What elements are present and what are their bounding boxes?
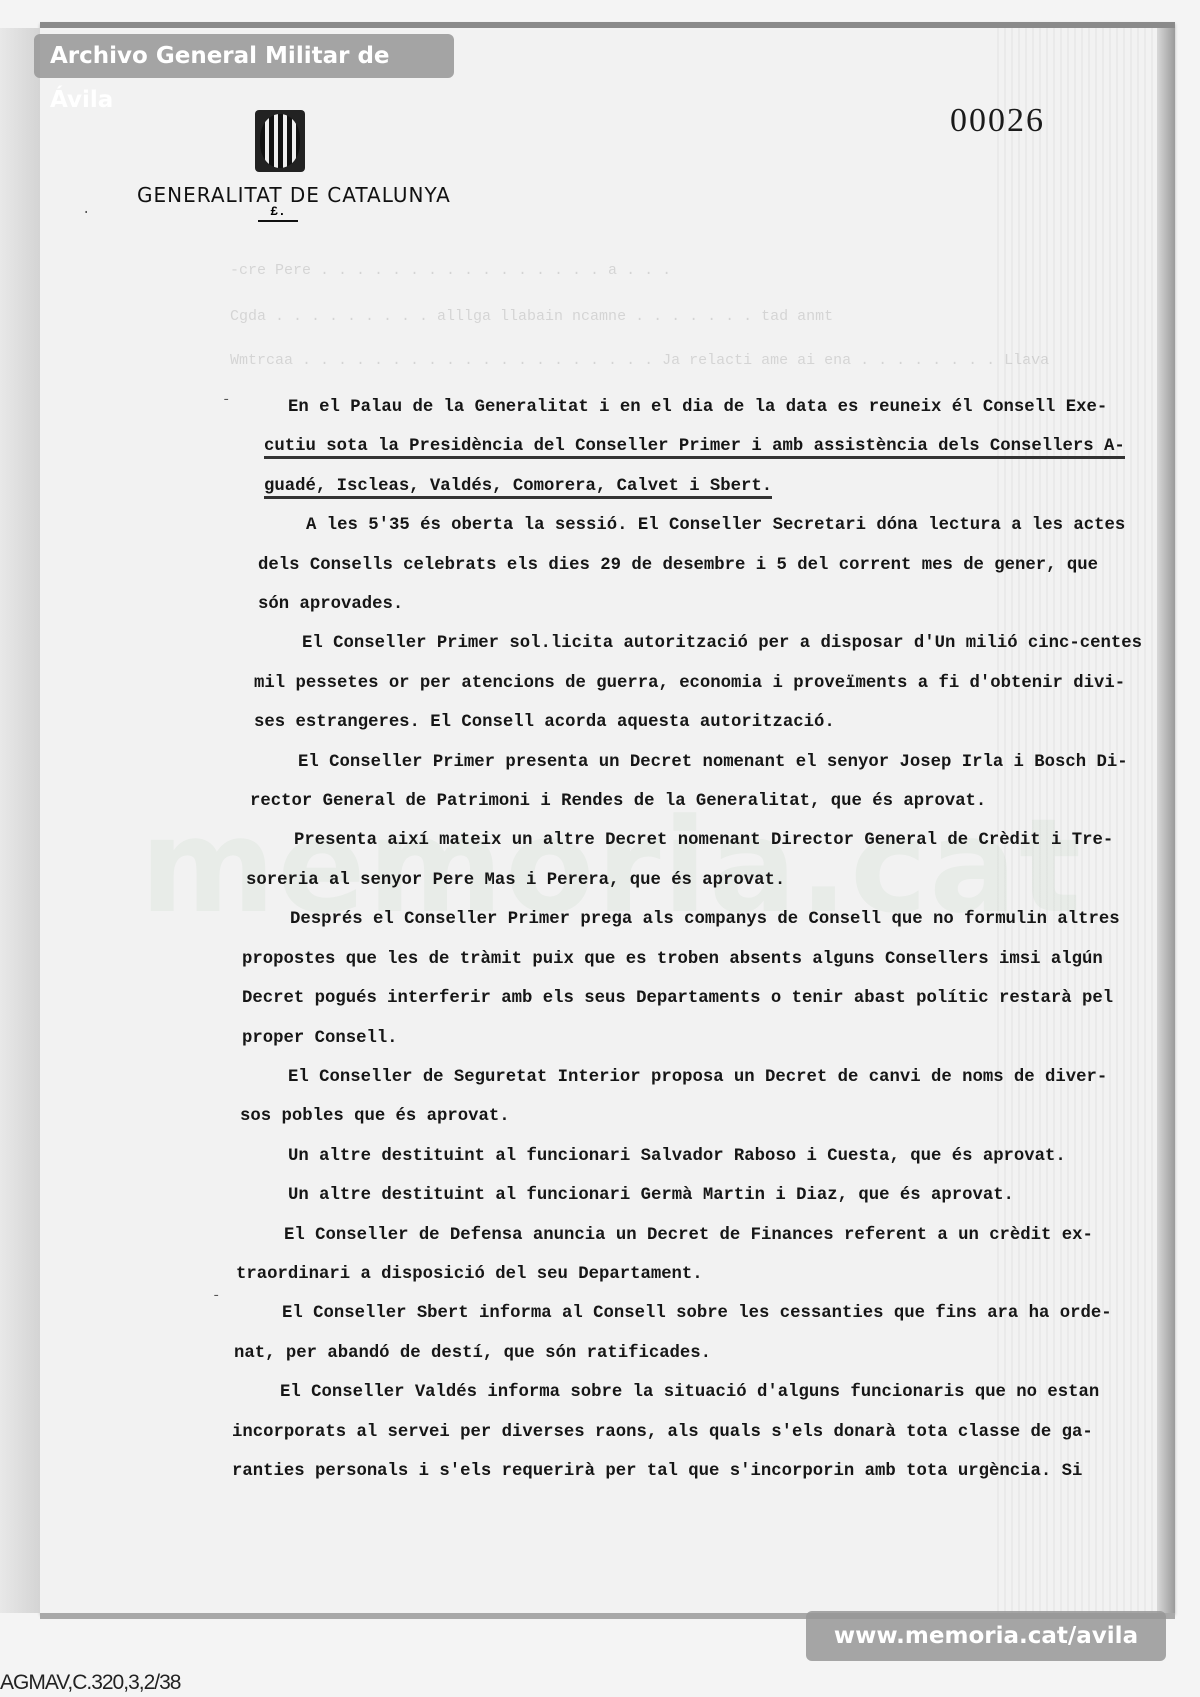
text-line: ses estrangeres. El Consell acorda aques…	[254, 703, 1160, 742]
paragraph-minutes-approval: A les 5'35 és oberta la sessió. El Conse…	[258, 506, 1160, 624]
text-line: Decret pogués interferir amb els seus De…	[242, 979, 1160, 1018]
text-line: Un altre destituint al funcionari Germà …	[240, 1176, 1160, 1215]
bleed-through-text: -cre Pere . . . . . . . . . . . . . . . …	[230, 262, 671, 279]
paragraph-town-names: El Conseller de Seguretat Interior propo…	[240, 1058, 1160, 1137]
paragraph-valdes: El Conseller Valdés informa sobre la sit…	[232, 1373, 1160, 1491]
text-line: A les 5'35 és oberta la sessió. El Conse…	[258, 506, 1160, 545]
document-body: En el Palau de la Generalitat i en el di…	[240, 388, 1160, 1491]
letterhead-mark: £.	[258, 208, 298, 222]
underlined-text: cutiu sota la Presidència del Conseller …	[264, 437, 1125, 459]
text-line: mil pessetes or per atencions de guerra,…	[254, 664, 1160, 703]
paragraph-authorization: El Conseller Primer sol.licita autoritza…	[254, 624, 1160, 742]
text-line: proper Consell.	[242, 1019, 1160, 1058]
bleed-through-text: Wmtrcaa . . . . . . . . . . . . . . . . …	[230, 352, 1049, 369]
site-url-label: www.memoria.cat/avila	[806, 1611, 1166, 1661]
catalonia-emblem-icon	[255, 110, 305, 172]
text-line: sos pobles que és aprovat.	[240, 1097, 1160, 1136]
text-line: Després el Conseller Primer prega als co…	[242, 900, 1160, 939]
paragraph-session-opening: En el Palau de la Generalitat i en el di…	[240, 388, 1160, 506]
text-line: El Conseller de Seguretat Interior propo…	[240, 1058, 1160, 1097]
archive-reference: AGMAV,C.320,3,2/38	[0, 1671, 180, 1695]
text-line: són aprovades.	[258, 585, 1160, 624]
paragraph-decree-irla: El Conseller Primer presenta un Decret n…	[250, 743, 1160, 822]
text-line: El Conseller Sbert informa al Consell so…	[234, 1294, 1160, 1333]
text-line: rector General de Patrimoni i Rendes de …	[250, 782, 1160, 821]
paragraph-sbert: El Conseller Sbert informa al Consell so…	[234, 1294, 1160, 1373]
paragraph-decree-mas: Presenta així mateix un altre Decret nom…	[246, 821, 1160, 900]
text-line: traordinari a disposició del seu Departa…	[236, 1255, 1160, 1294]
paragraph-dismissal-martin: Un altre destituint al funcionari Germà …	[240, 1176, 1160, 1215]
text-line: El Conseller Primer presenta un Decret n…	[250, 743, 1160, 782]
text-line: Presenta així mateix un altre Decret nom…	[246, 821, 1160, 860]
text-line: guadé, Iscleas, Valdés, Comorera, Calvet…	[264, 467, 1160, 506]
text-line: propostes que les de tràmit puix que es …	[242, 940, 1160, 979]
institution-name: GENERALITAT DE CATALUNYA	[137, 183, 451, 207]
text-line: ranties personals i s'els requerirà per …	[232, 1452, 1160, 1491]
text-line: cutiu sota la Presidència del Conseller …	[264, 427, 1160, 466]
margin-mark: -	[222, 392, 230, 408]
text-line: dels Consells celebrats els dies 29 de d…	[258, 546, 1160, 585]
archive-label: Archivo General Militar de Ávila	[34, 34, 454, 78]
text-line: incorporats al servei per diverses raons…	[232, 1413, 1160, 1452]
text-line: El Conseller de Defensa anuncia un Decre…	[236, 1216, 1160, 1255]
underlined-text: guadé, Iscleas, Valdés, Comorera, Calvet…	[264, 477, 772, 499]
bleed-through-text: Cgda . . . . . . . . . alllga llabain nc…	[230, 308, 833, 325]
text-line: Un altre destituint al funcionari Salvad…	[240, 1137, 1160, 1176]
text-line: El Conseller Valdés informa sobre la sit…	[232, 1373, 1160, 1412]
paragraph-defense-credit: El Conseller de Defensa anuncia un Decre…	[236, 1216, 1160, 1295]
paragraph-request: Després el Conseller Primer prega als co…	[242, 900, 1160, 1058]
emblem-stripes	[260, 114, 300, 168]
margin-mark: ·	[82, 205, 90, 221]
text-line: soreria al senyor Pere Mas i Perera, que…	[246, 861, 1160, 900]
folio-number: 00026	[950, 102, 1045, 140]
text-line: En el Palau de la Generalitat i en el di…	[240, 388, 1160, 427]
text-line: nat, per abandó de destí, que són ratifi…	[234, 1334, 1160, 1373]
text-line: El Conseller Primer sol.licita autoritza…	[254, 624, 1160, 663]
margin-mark: -	[212, 1288, 220, 1304]
paragraph-dismissal-raboso: Un altre destituint al funcionari Salvad…	[240, 1137, 1160, 1176]
